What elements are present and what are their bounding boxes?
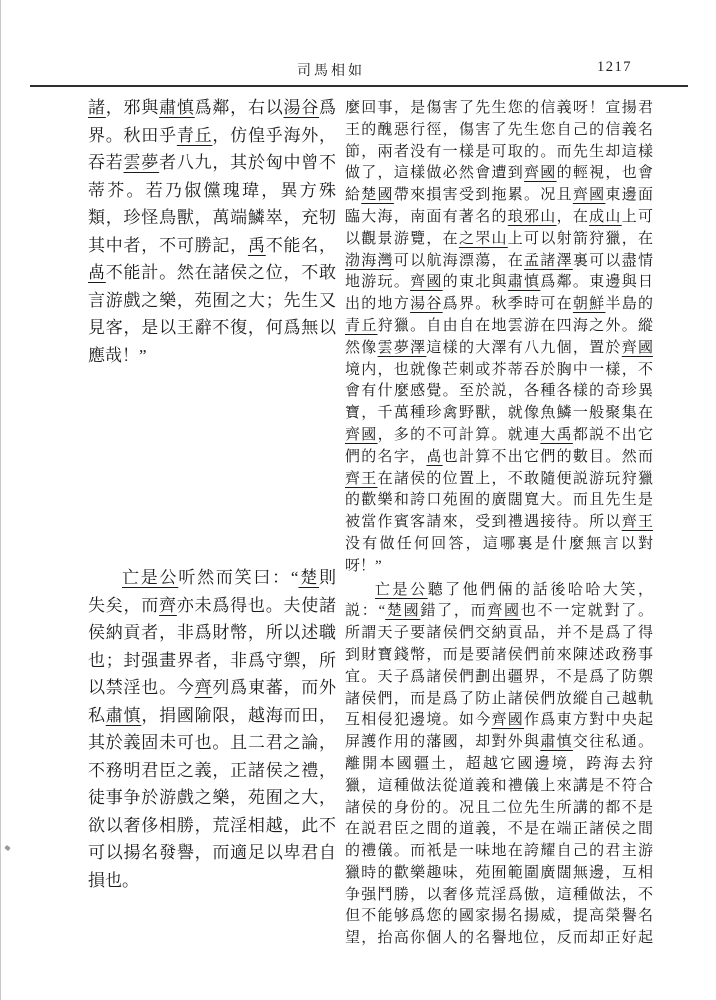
text-line: 蒂芥。若乃俶儻瑰瑋，異方殊 xyxy=(88,177,336,205)
text-line: 不務明君臣之義，正諸侯之禮， xyxy=(88,757,336,785)
proper-noun-mark: 孟諸澤 xyxy=(524,253,573,269)
text-line: 節，兩者没有一樣是可取的。而先生却這樣 xyxy=(345,142,653,164)
proper-noun-mark: 湯谷 xyxy=(284,98,320,117)
proper-noun-mark: 肅慎 xyxy=(106,706,142,725)
text-line: 侯納貢者，非爲財幣，所以述職 xyxy=(88,619,336,647)
text-line: 麼回事，是傷害了先生您的信義呀！宣揚君 xyxy=(345,98,653,120)
text-line: 互相侵犯邊境。如今齊國作爲東方對中央起 xyxy=(345,710,653,732)
proper-noun-mark: 楚國 xyxy=(385,603,420,619)
proper-noun-mark: 成山 xyxy=(589,209,622,225)
proper-noun-mark: 楚國 xyxy=(361,187,394,203)
text-line: 言游戲之樂，苑囿之大；先生又 xyxy=(88,287,336,315)
text-line: 境内，也就像芒刺或芥蒂吞於胸中一樣，不 xyxy=(345,360,653,382)
text-line: 給楚國帶來損害受到拖累。况且齊國東邊面 xyxy=(345,185,653,207)
proper-noun-mark: 齊 xyxy=(159,596,177,615)
text-line: 出的地方湯谷爲界。秋季時可在朝鮮半島的 xyxy=(345,294,653,316)
proper-noun-mark: 渤海灣 xyxy=(345,253,394,269)
proper-noun-mark: 齊王 xyxy=(622,514,653,530)
text-line: 説：“楚國錯了，而齊國也不一定就對了。 xyxy=(345,601,653,623)
text-line: 欲以奢侈相勝，荒淫相越，此不 xyxy=(88,812,336,840)
proper-noun-mark: 琅邪山 xyxy=(508,209,557,225)
text-line: 私肅慎，捐國隃限，越海而田， xyxy=(88,702,336,730)
text-line: 做了，這樣做必然會遭到齊國的輕視，也會 xyxy=(345,163,653,185)
text-line: 呀！” xyxy=(345,556,653,578)
text-line: 們的名字，卨也計算不出它們的數目。然而 xyxy=(345,447,653,469)
page-number: 1217 xyxy=(597,59,632,76)
text-line: 所謂天子要諸侯們交納貢品，并不是爲了得 xyxy=(345,623,653,645)
text-line: 的歡樂和誇口苑囿的廣闊寬大。而且先生是 xyxy=(345,490,653,512)
text-line: 地游玩。齊國的東北與肅慎爲鄰。東邊與日 xyxy=(345,272,653,294)
proper-noun-mark: 大禹 xyxy=(540,427,573,443)
text-line: 諸侯的身份的。况且二位先生所講的都不是 xyxy=(345,798,653,820)
text-line: 青丘狩獵。自由自在地雲游在四海之外。縱 xyxy=(345,316,653,338)
proper-noun-mark: 亡是公 xyxy=(375,582,428,598)
text-line: 没有做任何回答，這哪裏是什麼無言以對 xyxy=(345,534,653,556)
proper-noun-mark: 齊國 xyxy=(410,274,443,290)
text-line: 卨不能計。然在諸侯之位，不敢 xyxy=(88,259,336,287)
text-line: 臨大海，南面有著名的琅邪山，在成山上可 xyxy=(345,207,653,229)
text-line: 徒事争於游戲之樂，苑囿之大， xyxy=(88,784,336,812)
text-line: 失矣，而齊亦未爲得也。夫使諸 xyxy=(88,592,336,620)
text-line: 也；封强畫界者，非爲守禦，所 xyxy=(88,647,336,675)
text-line: 望，抬高你個人的名譽地位，反而却正好起 xyxy=(345,928,653,950)
proper-noun-mark: 楚 xyxy=(298,568,319,587)
text-line: 諸，邪與肅慎爲鄰，右以湯谷爲 xyxy=(88,94,336,122)
proper-noun-mark: 齊國 xyxy=(345,427,378,443)
classical-text-column: 諸，邪與肅慎爲鄰，右以湯谷爲界。秋田乎青丘，仿偟乎海外，吞若雲夢者八九，其於匈中… xyxy=(88,94,336,894)
text-line: 然像雲夢澤這樣的大澤有八九個，置於齊國 xyxy=(345,338,653,360)
paragraph: 麼回事，是傷害了先生您的信義呀！宣揚君王的醜惡行徑，傷害了先生您自己的信義名節，… xyxy=(345,98,653,578)
proper-noun-mark: 青丘 xyxy=(177,126,213,145)
paragraph: 諸，邪與肅慎爲鄰，右以湯谷爲界。秋田乎青丘，仿偟乎海外，吞若雲夢者八九，其於匈中… xyxy=(88,94,336,369)
proper-noun-mark: 齊 xyxy=(195,678,213,697)
proper-noun-mark: 諸 xyxy=(88,98,106,117)
scan-edge-artifact xyxy=(0,0,1,1000)
text-line: 宜。天子爲諸侯們劃出疆界，不是爲了防禦 xyxy=(345,667,653,689)
proper-noun-mark: 青丘 xyxy=(345,318,378,334)
text-line: 王的醜惡行徑，傷害了先生您自己的信義名 xyxy=(345,120,653,142)
proper-noun-mark: 齊國 xyxy=(622,340,653,356)
paragraph: 亡是公聽了他們倆的話後哈哈大笑，説：“楚國錯了，而齊國也不一定就對了。所謂天子要… xyxy=(345,580,653,951)
proper-noun-mark: 卨 xyxy=(426,449,442,465)
text-line: 渤海灣可以航海漂蕩，在孟諸澤裏可以盡情 xyxy=(345,251,653,273)
translation-text-column: 麼回事，是傷害了先生您的信義呀！宣揚君王的醜惡行徑，傷害了先生您自己的信義名節，… xyxy=(345,98,653,950)
text-line: 齊王在諸侯的位置上，不敢隨便説游玩狩獵 xyxy=(345,469,653,491)
text-line: 齊國，多的不可計算。就連大禹都説不出它 xyxy=(345,425,653,447)
text-line: 亡是公聽了他們倆的話後哈哈大笑， xyxy=(345,580,653,602)
proper-noun-mark: 肅慎 xyxy=(540,734,573,750)
proper-noun-mark: 亡是公 xyxy=(122,568,178,587)
text-line: 獵時的歡樂趣味，苑囿範圍廣闊無邊，互相 xyxy=(345,863,653,885)
proper-noun-mark: 齊國 xyxy=(487,603,520,619)
paragraph: 亡是公听然而笑曰：“楚則失矣，而齊亦未爲得也。夫使諸侯納貢者，非爲財幣，所以述職… xyxy=(88,564,336,894)
text-line: 諸侯們，而是爲了防止諸侯們放縱自己越軌 xyxy=(345,689,653,711)
text-line: 争强鬥勝，以奢侈荒淫爲傲，這種做法，不 xyxy=(345,885,653,907)
proper-noun-mark: 齊國 xyxy=(491,712,524,728)
text-line: 應哉！” xyxy=(88,342,336,370)
text-line: 見客，是以王辭不復，何爲無以 xyxy=(88,314,336,342)
proper-noun-mark: 齊國 xyxy=(524,165,557,181)
text-line: 到財寶錢幣，而是要諸侯們前來陳述政務事 xyxy=(345,645,653,667)
running-header-title: 司馬相如 xyxy=(0,60,662,80)
text-line: 其於義固未可也。且二君之論， xyxy=(88,729,336,757)
text-line: 其中者，不可勝記，禹不能名， xyxy=(88,232,336,260)
text-line: 屏護作用的藩國，却對外與肅慎交往私通。 xyxy=(345,732,653,754)
book-page: 司馬相如 1217 諸，邪與肅慎爲鄰，右以湯谷爲界。秋田乎青丘，仿偟乎海外，吞若… xyxy=(0,0,716,1000)
text-line: 會有什麼感覺。至於説，各種各樣的奇珍異 xyxy=(345,381,653,403)
text-line: 在説君臣之間的道義，不是在端正諸侯之間 xyxy=(345,819,653,841)
text-line: 獵，這種做法從道義和禮儀上來講是不符合 xyxy=(345,776,653,798)
proper-noun-mark: 齊王 xyxy=(345,471,378,487)
header-divider-rule xyxy=(30,85,688,87)
scan-speck-artifact xyxy=(4,845,10,851)
proper-noun-mark: 雲夢澤 xyxy=(378,340,427,356)
text-line: 離開本國疆土，超越它國邊境，跨海去狩 xyxy=(345,754,653,776)
text-line: 以禁淫也。今齊列爲東蕃，而外 xyxy=(88,674,336,702)
proper-noun-mark: 之罘山 xyxy=(459,231,508,247)
text-line: 損也。 xyxy=(88,867,336,895)
proper-noun-mark: 卨 xyxy=(88,263,106,282)
text-line: 類，珍怪鳥獸，萬端鱗崒，充牣 xyxy=(88,204,336,232)
text-line: 寶，千萬種珍禽野獸，就像魚鱗一般聚集在 xyxy=(345,403,653,425)
text-line: 以觀景游覽，在之罘山上可以射箭狩獵，在 xyxy=(345,229,653,251)
proper-noun-mark: 禹 xyxy=(248,236,266,255)
text-line: 吞若雲夢者八九，其於匈中曾不 xyxy=(88,149,336,177)
text-line: 但不能够爲您的國家揚名揚威，提高榮譽名 xyxy=(345,906,653,928)
text-line: 的禮儀。而衹是一味地在誇耀自己的君主游 xyxy=(345,841,653,863)
text-line: 亡是公听然而笑曰：“楚則 xyxy=(88,564,336,592)
proper-noun-mark: 湯谷 xyxy=(410,296,443,312)
proper-noun-mark: 齊國 xyxy=(573,187,606,203)
text-line: 可以揚名發譽，而適足以卑君自 xyxy=(88,839,336,867)
proper-noun-mark: 肅慎 xyxy=(159,98,195,117)
text-line: 界。秋田乎青丘，仿偟乎海外， xyxy=(88,122,336,150)
proper-noun-mark: 雲夢 xyxy=(124,153,160,172)
text-line: 被當作賓客請來，受到禮遇接待。所以齊王 xyxy=(345,512,653,534)
proper-noun-mark: 朝鮮 xyxy=(573,296,606,312)
proper-noun-mark: 肅慎 xyxy=(508,274,541,290)
